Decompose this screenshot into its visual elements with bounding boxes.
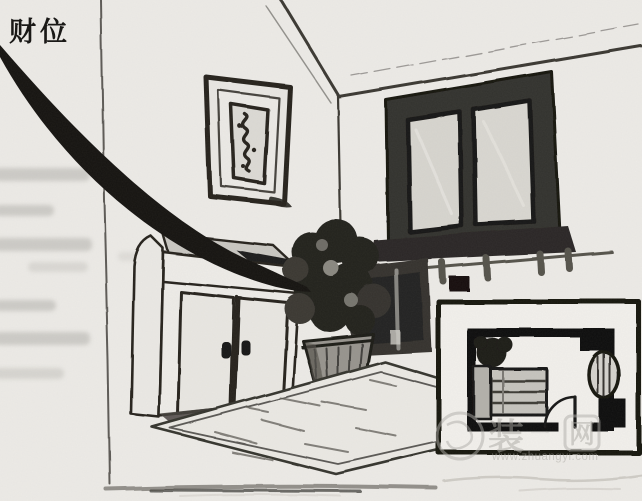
room-sketch-illustration: 装 一 网 www.zhuangyi.com 财位 — [0, 0, 642, 501]
plan-wall-corner — [580, 329, 612, 351]
watermark-url: www.zhuangyi.com — [491, 451, 598, 463]
inset-corner-notch — [449, 276, 469, 291]
wealth-position-label: 财位 — [9, 17, 71, 47]
book-scan-page: 装 一 网 www.zhuangyi.com 财位 — [0, 0, 642, 501]
watermark-boxed-char: 网 — [569, 419, 595, 449]
plan-door-block — [599, 399, 626, 428]
plan-round-chair — [589, 352, 619, 398]
plan-bed — [491, 369, 547, 415]
cabinet-side-face — [131, 236, 163, 417]
door-handle-left — [222, 342, 231, 359]
watermark-brand-char-2: 一 — [530, 424, 550, 446]
plan-side-table — [474, 367, 491, 419]
framed-picture — [206, 77, 292, 207]
door-handle-right — [241, 340, 250, 355]
